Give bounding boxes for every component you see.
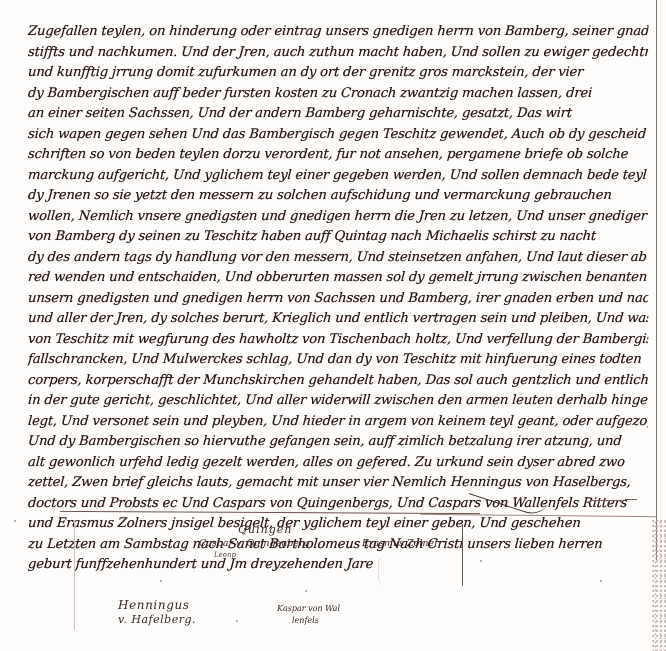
text-line: Und dy Bambergischen so hiervuthe gefang… xyxy=(27,432,648,453)
signature-henningus: Henningus xyxy=(118,598,190,612)
text-line: dy Bambergischen auff beder fursten kost… xyxy=(27,84,648,105)
manuscript-page: Zugefallen teylen, on hinderung oder ein… xyxy=(0,0,666,651)
text-line: und kunfftig jrrung domit zufurkumen an … xyxy=(27,63,648,84)
text-line: schriften so von beden teylen dorzu vero… xyxy=(27,145,648,166)
manuscript-body: Zugefallen teylen, on hinderung oder ein… xyxy=(28,22,648,576)
signature-erasmus-zolner: Erasmus Zolner xyxy=(362,538,439,549)
signature-kaspar-wallenfels: Kaspar von Wal xyxy=(277,604,340,613)
text-line: stiffts und nachkumen. Und der Jren, auc… xyxy=(27,43,648,64)
speckle xyxy=(236,620,238,622)
text-line: sich wapen gegen sehen Und das Bambergis… xyxy=(27,125,648,146)
text-line: geburt funffzehenhundert und Jm dreyzehe… xyxy=(27,555,648,576)
ink-dash xyxy=(625,499,637,500)
ink-dash xyxy=(590,500,620,501)
speckle xyxy=(600,580,602,582)
signature-caspar: Caspar v. Quingenberg xyxy=(199,538,310,549)
signature-caspar-subscript: Leonp xyxy=(214,551,236,559)
text-line: von Bamberg dy seinen zu Teschitz haben … xyxy=(27,227,648,248)
text-line: und Erasmus Zolners jnsigel besigelt, de… xyxy=(27,514,648,535)
text-line: dy des andern tags dy handlung vor den m… xyxy=(27,248,648,269)
text-line: an einer seiten Sachssen, Und der andern… xyxy=(27,104,648,125)
speckle xyxy=(305,590,307,592)
text-line: unsern gnedigsten und gnedigen herrn von… xyxy=(27,289,648,310)
text-line: von Teschitz mit wegfurung des hawholtz … xyxy=(27,330,648,351)
text-line: in der gute gericht, geschlichtet, Und a… xyxy=(27,391,648,412)
text-line: red wenden und entschaiden, Und obberurt… xyxy=(27,268,648,289)
signature-hasselberg: v. Hafelberg. xyxy=(118,613,196,626)
text-line: marckung aufgericht, Und yglichem teyl e… xyxy=(27,166,648,187)
text-line: und aller der Jren, dy solches berurt, K… xyxy=(27,309,648,330)
text-line: alt gewonlich urfehd ledig gezelt werden… xyxy=(27,453,648,474)
text-line: Zugefallen teylen, on hinderung oder ein… xyxy=(27,22,648,43)
text-line: wollen, Nemlich vnsere gnedigsten und gn… xyxy=(27,207,648,228)
right-margin-line xyxy=(656,0,657,560)
torn-edge-texture xyxy=(652,520,666,651)
text-line: zettel, Zwen brief gleichs lauts, gemach… xyxy=(27,473,648,494)
text-line: dy Jrenen so sie yetzt den messern zu so… xyxy=(27,186,648,207)
seal-divider-line xyxy=(462,524,463,586)
speckle xyxy=(480,560,482,562)
signature-quingen: Quingen xyxy=(238,523,292,536)
text-line: zu Letzten am Sambstag nach Sanct Bartho… xyxy=(27,535,648,556)
speckle xyxy=(160,580,162,582)
signature-kaspar-wallenfels-line2: lenfels xyxy=(292,616,319,625)
text-line: legt, Und versonet sein und pleyben, Und… xyxy=(27,412,648,433)
text-line: corpers, korperschafft der Munchskirchen… xyxy=(27,371,648,392)
speckle xyxy=(14,520,16,522)
seal-trace xyxy=(378,556,395,586)
seal-area-left-edge xyxy=(74,520,75,630)
text-line: fallschrancken, Und Mulwerckes schlag, U… xyxy=(27,350,648,371)
